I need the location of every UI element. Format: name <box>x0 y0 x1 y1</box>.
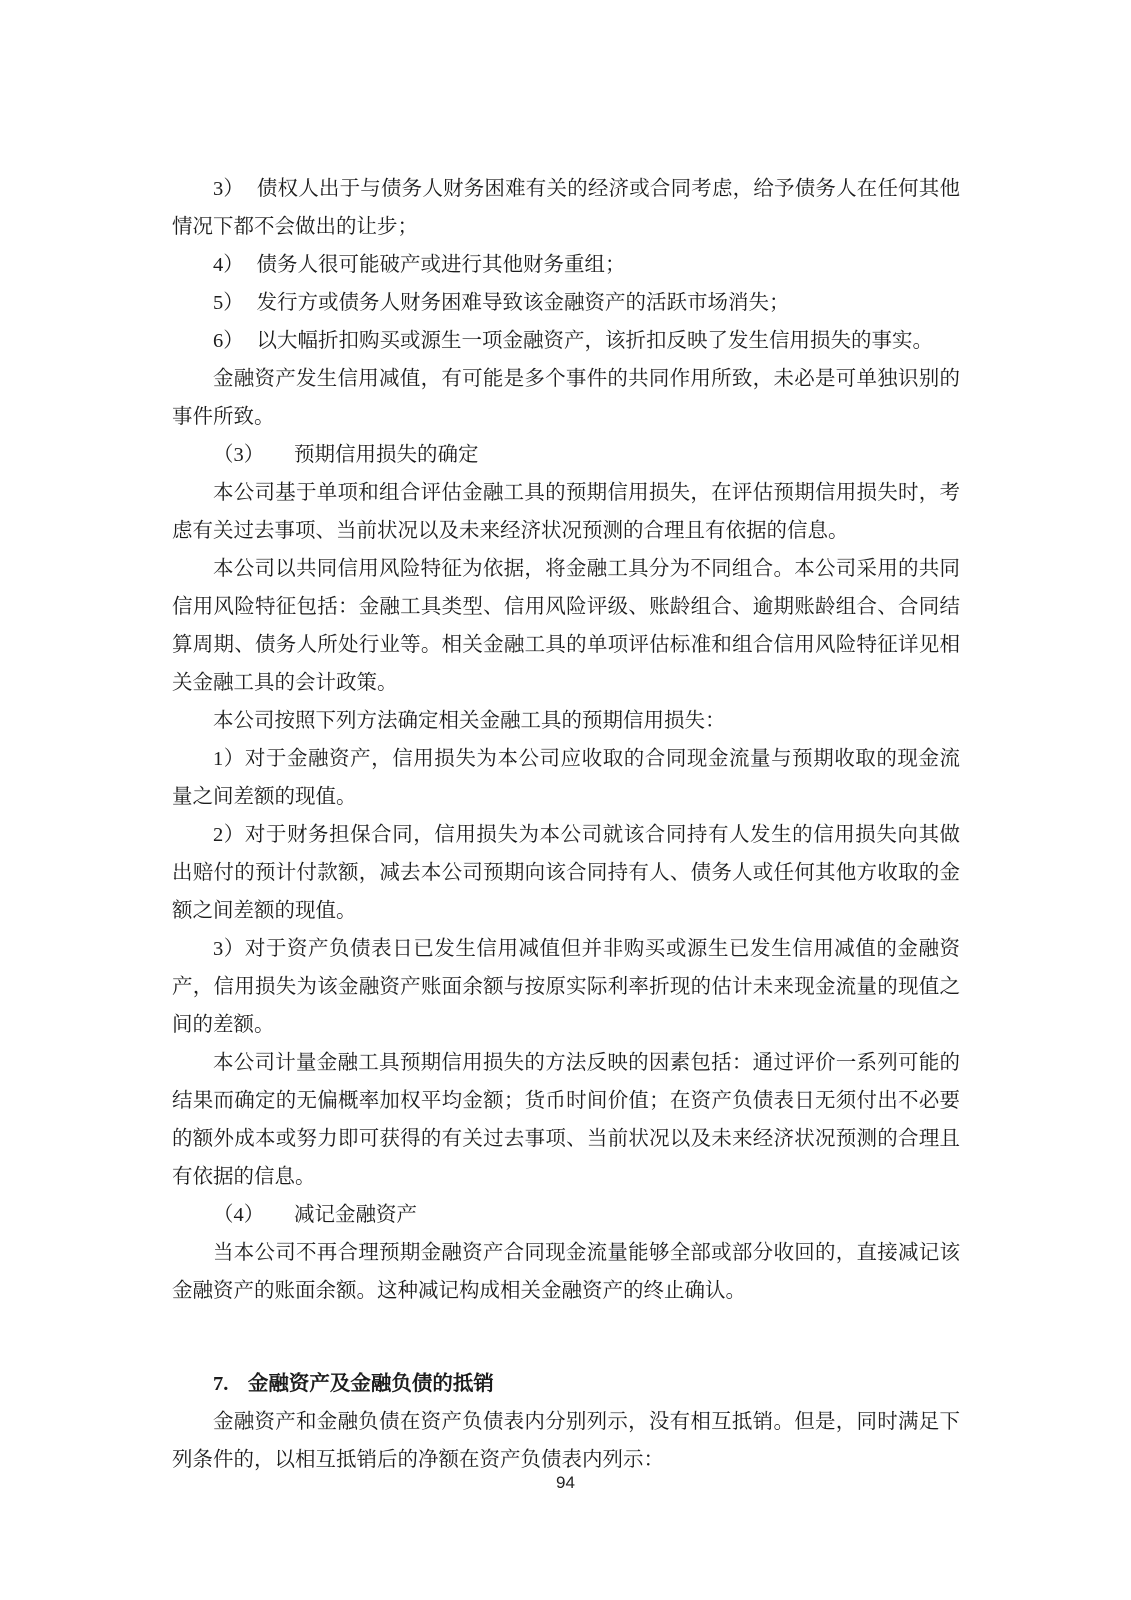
list-item-marker: 4） <box>213 254 244 276</box>
list-item-marker: 6） <box>213 330 244 352</box>
list-item: 3）债权人出于与债务人财务困难有关的经济或合同考虑，给予债务人在任何其他情况下都… <box>172 170 960 246</box>
list-item-text: 债权人出于与债务人财务困难有关的经济或合同考虑，给予债务人在任何其他情况下都不会… <box>172 178 960 238</box>
sub-section-heading: （3）预期信用损失的确定 <box>172 436 960 474</box>
body-paragraph: 1）对于金融资产，信用损失为本公司应收取的合同现金流量与预期收取的现金流量之间差… <box>172 740 960 816</box>
sub-section-title: 预期信用损失的确定 <box>294 444 479 466</box>
body-paragraph: 本公司以共同信用风险特征为依据，将金融工具分为不同组合。本公司采用的共同信用风险… <box>172 550 960 702</box>
section-number: 7. <box>213 1373 228 1395</box>
body-paragraph: 本公司计量金融工具预期信用损失的方法反映的因素包括：通过评价一系列可能的结果而确… <box>172 1044 960 1196</box>
section-heading: 7.金融资产及金融负债的抵销 <box>172 1365 960 1403</box>
sub-section-number: （4） <box>213 1204 264 1226</box>
list-item-text: 以大幅折扣购买或源生一项金融资产，该折扣反映了发生信用损失的事实。 <box>256 330 933 352</box>
page-number: 94 <box>0 1472 1131 1494</box>
body-paragraph: 本公司基于单项和组合评估金融工具的预期信用损失，在评估预期信用损失时，考虑有关过… <box>172 474 960 550</box>
body-paragraph: 2）对于财务担保合同，信用损失为本公司就该合同持有人发生的信用损失向其做出赔付的… <box>172 816 960 930</box>
list-item-text: 发行方或债务人财务困难导致该金融资产的活跃市场消失； <box>256 292 789 314</box>
body-paragraph: 3）对于资产负债表日已发生信用减值但并非购买或源生已发生信用减值的金融资产，信用… <box>172 930 960 1044</box>
body-paragraph: 金融资产和金融负债在资产负债表内分别列示，没有相互抵销。但是，同时满足下列条件的… <box>172 1403 960 1479</box>
list-item-marker: 3） <box>213 178 244 200</box>
document-page: 3）债权人出于与债务人财务困难有关的经济或合同考虑，给予债务人在任何其他情况下都… <box>0 0 1131 1600</box>
body-paragraph: 本公司按照下列方法确定相关金融工具的预期信用损失： <box>172 702 960 740</box>
list-item: 6）以大幅折扣购买或源生一项金融资产，该折扣反映了发生信用损失的事实。 <box>172 322 960 360</box>
sub-section-number: （3） <box>213 444 264 466</box>
section-title: 金融资产及金融负债的抵销 <box>248 1373 494 1395</box>
body-paragraph: 当本公司不再合理预期金融资产合同现金流量能够全部或部分收回的，直接减记该金融资产… <box>172 1234 960 1310</box>
page-content: 3）债权人出于与债务人财务困难有关的经济或合同考虑，给予债务人在任何其他情况下都… <box>172 170 960 1479</box>
list-item-text: 债务人很可能破产或进行其他财务重组； <box>256 254 625 276</box>
list-item: 4）债务人很可能破产或进行其他财务重组； <box>172 246 960 284</box>
body-paragraph: 金融资产发生信用减值，有可能是多个事件的共同作用所致，未必是可单独识别的事件所致… <box>172 360 960 436</box>
sub-section-heading: （4）减记金融资产 <box>172 1196 960 1234</box>
list-item: 5）发行方或债务人财务困难导致该金融资产的活跃市场消失； <box>172 284 960 322</box>
list-item-marker: 5） <box>213 292 244 314</box>
sub-section-title: 减记金融资产 <box>294 1204 417 1226</box>
